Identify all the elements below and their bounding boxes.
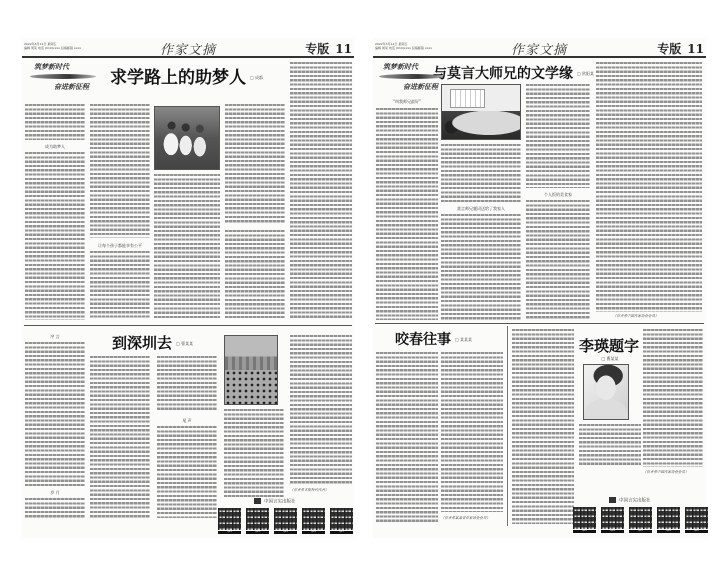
subhead: 让每个孩子都能享有公平 xyxy=(90,243,150,249)
article-column xyxy=(90,104,150,238)
author-note: （作者系中国作家协会会员） xyxy=(643,470,689,475)
meeting-photo xyxy=(441,84,521,140)
article-column xyxy=(157,356,217,412)
article-column xyxy=(526,84,590,188)
qr-code-icon xyxy=(601,507,624,529)
headline-text: 咬春往事 xyxy=(395,332,451,348)
section-divider xyxy=(375,323,704,324)
subhead: 尾 声 xyxy=(157,418,217,424)
qr-code-icon xyxy=(629,507,652,529)
qr-code-icon xyxy=(274,508,297,530)
article-column xyxy=(376,352,438,524)
qr-code-icon xyxy=(330,508,353,530)
qr-code[interactable]: QR-3 xyxy=(629,507,652,533)
qr-code[interactable]: QR-5 xyxy=(685,507,708,533)
page-number: 11 xyxy=(335,42,352,56)
qr-code[interactable]: QR-1 xyxy=(573,507,596,533)
headline-text: 李瑛题字 xyxy=(579,337,639,355)
edition-label: 专版11 xyxy=(657,40,704,57)
section-badge-line2: 奋进新征程 xyxy=(54,82,89,92)
qr-code[interactable]: QR-2 xyxy=(601,507,624,533)
article-column xyxy=(90,251,150,320)
section-badge: 筑梦新时代 奋进新征程 xyxy=(26,60,100,100)
masthead-meta: 2022年3月11日 星期五 编辑 周某 电话 (010)xxxx 投稿邮箱 x… xyxy=(375,42,432,50)
qr-code[interactable]: QR-3 xyxy=(274,508,297,534)
byline: □ 成都 xyxy=(250,75,263,80)
subhead: 成为助梦人 xyxy=(25,144,85,150)
headline-text: 求学路上的助梦人 xyxy=(110,68,246,88)
subhead: “叫我师兄最好” xyxy=(376,99,438,105)
subhead: 莫言师兄题词送给了我家人 xyxy=(441,206,521,212)
bottom-right-story-headline: 李瑛题字 xyxy=(579,335,639,356)
article-column xyxy=(441,214,521,320)
newspaper-logo: 作家文摘 xyxy=(511,39,567,58)
article-column xyxy=(441,144,521,202)
article-column xyxy=(90,356,150,518)
subhead: 岁 月 xyxy=(25,490,85,496)
byline: □ 曹某某 xyxy=(579,356,641,362)
qr-code-icon xyxy=(573,507,596,529)
qr-code[interactable]: QR-5 xyxy=(330,508,353,534)
column-divider xyxy=(507,326,508,526)
article-column xyxy=(596,62,702,312)
masthead-editor-info: 编辑 周某 电话 (010)xxxx 投稿邮箱 xxxx xyxy=(375,46,432,50)
section-badge-line1: 筑梦新时代 xyxy=(383,62,418,72)
article-column xyxy=(25,104,85,140)
top-story-headline: 与莫言大师兄的文学缘□ 欧阳某 xyxy=(433,63,594,83)
qr-code[interactable]: QR-4 xyxy=(657,507,680,533)
byline: □ 曹某某 xyxy=(176,341,193,346)
masthead-editor-info: 编辑 周某 电话 (010)xxxx 投稿邮箱 xxxx xyxy=(24,46,81,50)
page-number: 11 xyxy=(687,42,704,56)
article-column xyxy=(643,329,703,467)
article-column xyxy=(225,230,285,320)
article-column xyxy=(376,108,438,320)
article-column xyxy=(225,104,285,224)
qr-code-row: QR-1 QR-2 QR-3 QR-4 QR-5 xyxy=(573,507,708,533)
portrait-photo xyxy=(583,364,629,420)
author-note: （作者系本报特约作者） xyxy=(290,488,329,493)
street-photo xyxy=(224,335,278,405)
masthead: 2022年3月11日 星期五 编辑 周某 电话 (010)xxxx 投稿邮箱 x… xyxy=(373,38,706,58)
edition-label: 专版11 xyxy=(305,40,352,57)
qr-code-icon xyxy=(657,507,680,529)
bottom-left-story-headline: 咬春往事□ 某某某 xyxy=(395,329,472,349)
article-column xyxy=(25,498,85,518)
article-column xyxy=(25,342,85,486)
byline: □ 某某某 xyxy=(455,337,472,342)
article-column xyxy=(157,426,217,518)
article-column xyxy=(290,62,352,320)
newspaper-logo: 作家文摘 xyxy=(160,39,216,58)
qr-code-icon xyxy=(246,508,269,530)
bottom-story-headline: 到深圳去□ 曹某某 xyxy=(112,332,193,353)
article-column xyxy=(512,329,574,524)
qr-code[interactable]: QR-1 xyxy=(218,508,241,534)
group-photo xyxy=(154,106,220,170)
headline-text: 与莫言大师兄的文学缘 xyxy=(433,66,573,82)
qr-code-icon xyxy=(302,508,325,530)
edition-name: 专版 xyxy=(305,42,329,56)
publisher-logo-icon xyxy=(254,498,261,504)
subhead: 个人饭的美食家 xyxy=(526,192,590,198)
left-newspaper-page: 2022年3月11日 星期五 编辑 周某 电话 (010)xxxx 投稿邮箱 x… xyxy=(22,38,354,538)
article-column xyxy=(154,174,220,320)
article-column xyxy=(224,409,284,497)
section-badge-line2: 奋进新征程 xyxy=(403,82,438,92)
section-badge-line1: 筑梦新时代 xyxy=(34,62,69,72)
article-column xyxy=(526,200,590,320)
edition-name: 专版 xyxy=(657,42,681,56)
qr-code[interactable]: QR-4 xyxy=(302,508,325,534)
author-note: （作者系中国作家协会会员） xyxy=(613,314,659,319)
qr-section-title: 中国言实出版社 xyxy=(609,497,651,504)
qr-code[interactable]: QR-2 xyxy=(246,508,269,534)
article-column xyxy=(25,152,85,320)
top-story-headline: 求学路上的助梦人□ 成都 xyxy=(110,63,263,88)
section-divider xyxy=(24,325,352,326)
headline-text: 到深圳去 xyxy=(112,334,172,352)
qr-code-icon xyxy=(685,507,708,529)
publisher-logo-icon xyxy=(609,497,616,503)
right-newspaper-page: 2022年3月11日 星期五 编辑 周某 电话 (010)xxxx 投稿邮箱 x… xyxy=(373,38,706,538)
article-column xyxy=(579,424,641,466)
swoosh-decoration-icon xyxy=(30,74,96,79)
article-column xyxy=(290,335,352,485)
article-column xyxy=(441,352,503,512)
qr-code-row: QR-1 QR-2 QR-3 QR-4 QR-5 xyxy=(218,508,353,534)
masthead-meta: 2022年3月11日 星期五 编辑 周某 电话 (010)xxxx 投稿邮箱 x… xyxy=(24,42,81,50)
masthead: 2022年3月11日 星期五 编辑 周某 电话 (010)xxxx 投稿邮箱 x… xyxy=(22,38,354,58)
byline: □ 欧阳某 xyxy=(577,71,594,76)
qr-section-title: 中国言实出版社 xyxy=(254,498,296,505)
subhead: 序 言 xyxy=(25,334,85,340)
author-note: （作者系某某省作家协会会员） xyxy=(441,516,490,521)
qr-code-icon xyxy=(218,508,241,530)
